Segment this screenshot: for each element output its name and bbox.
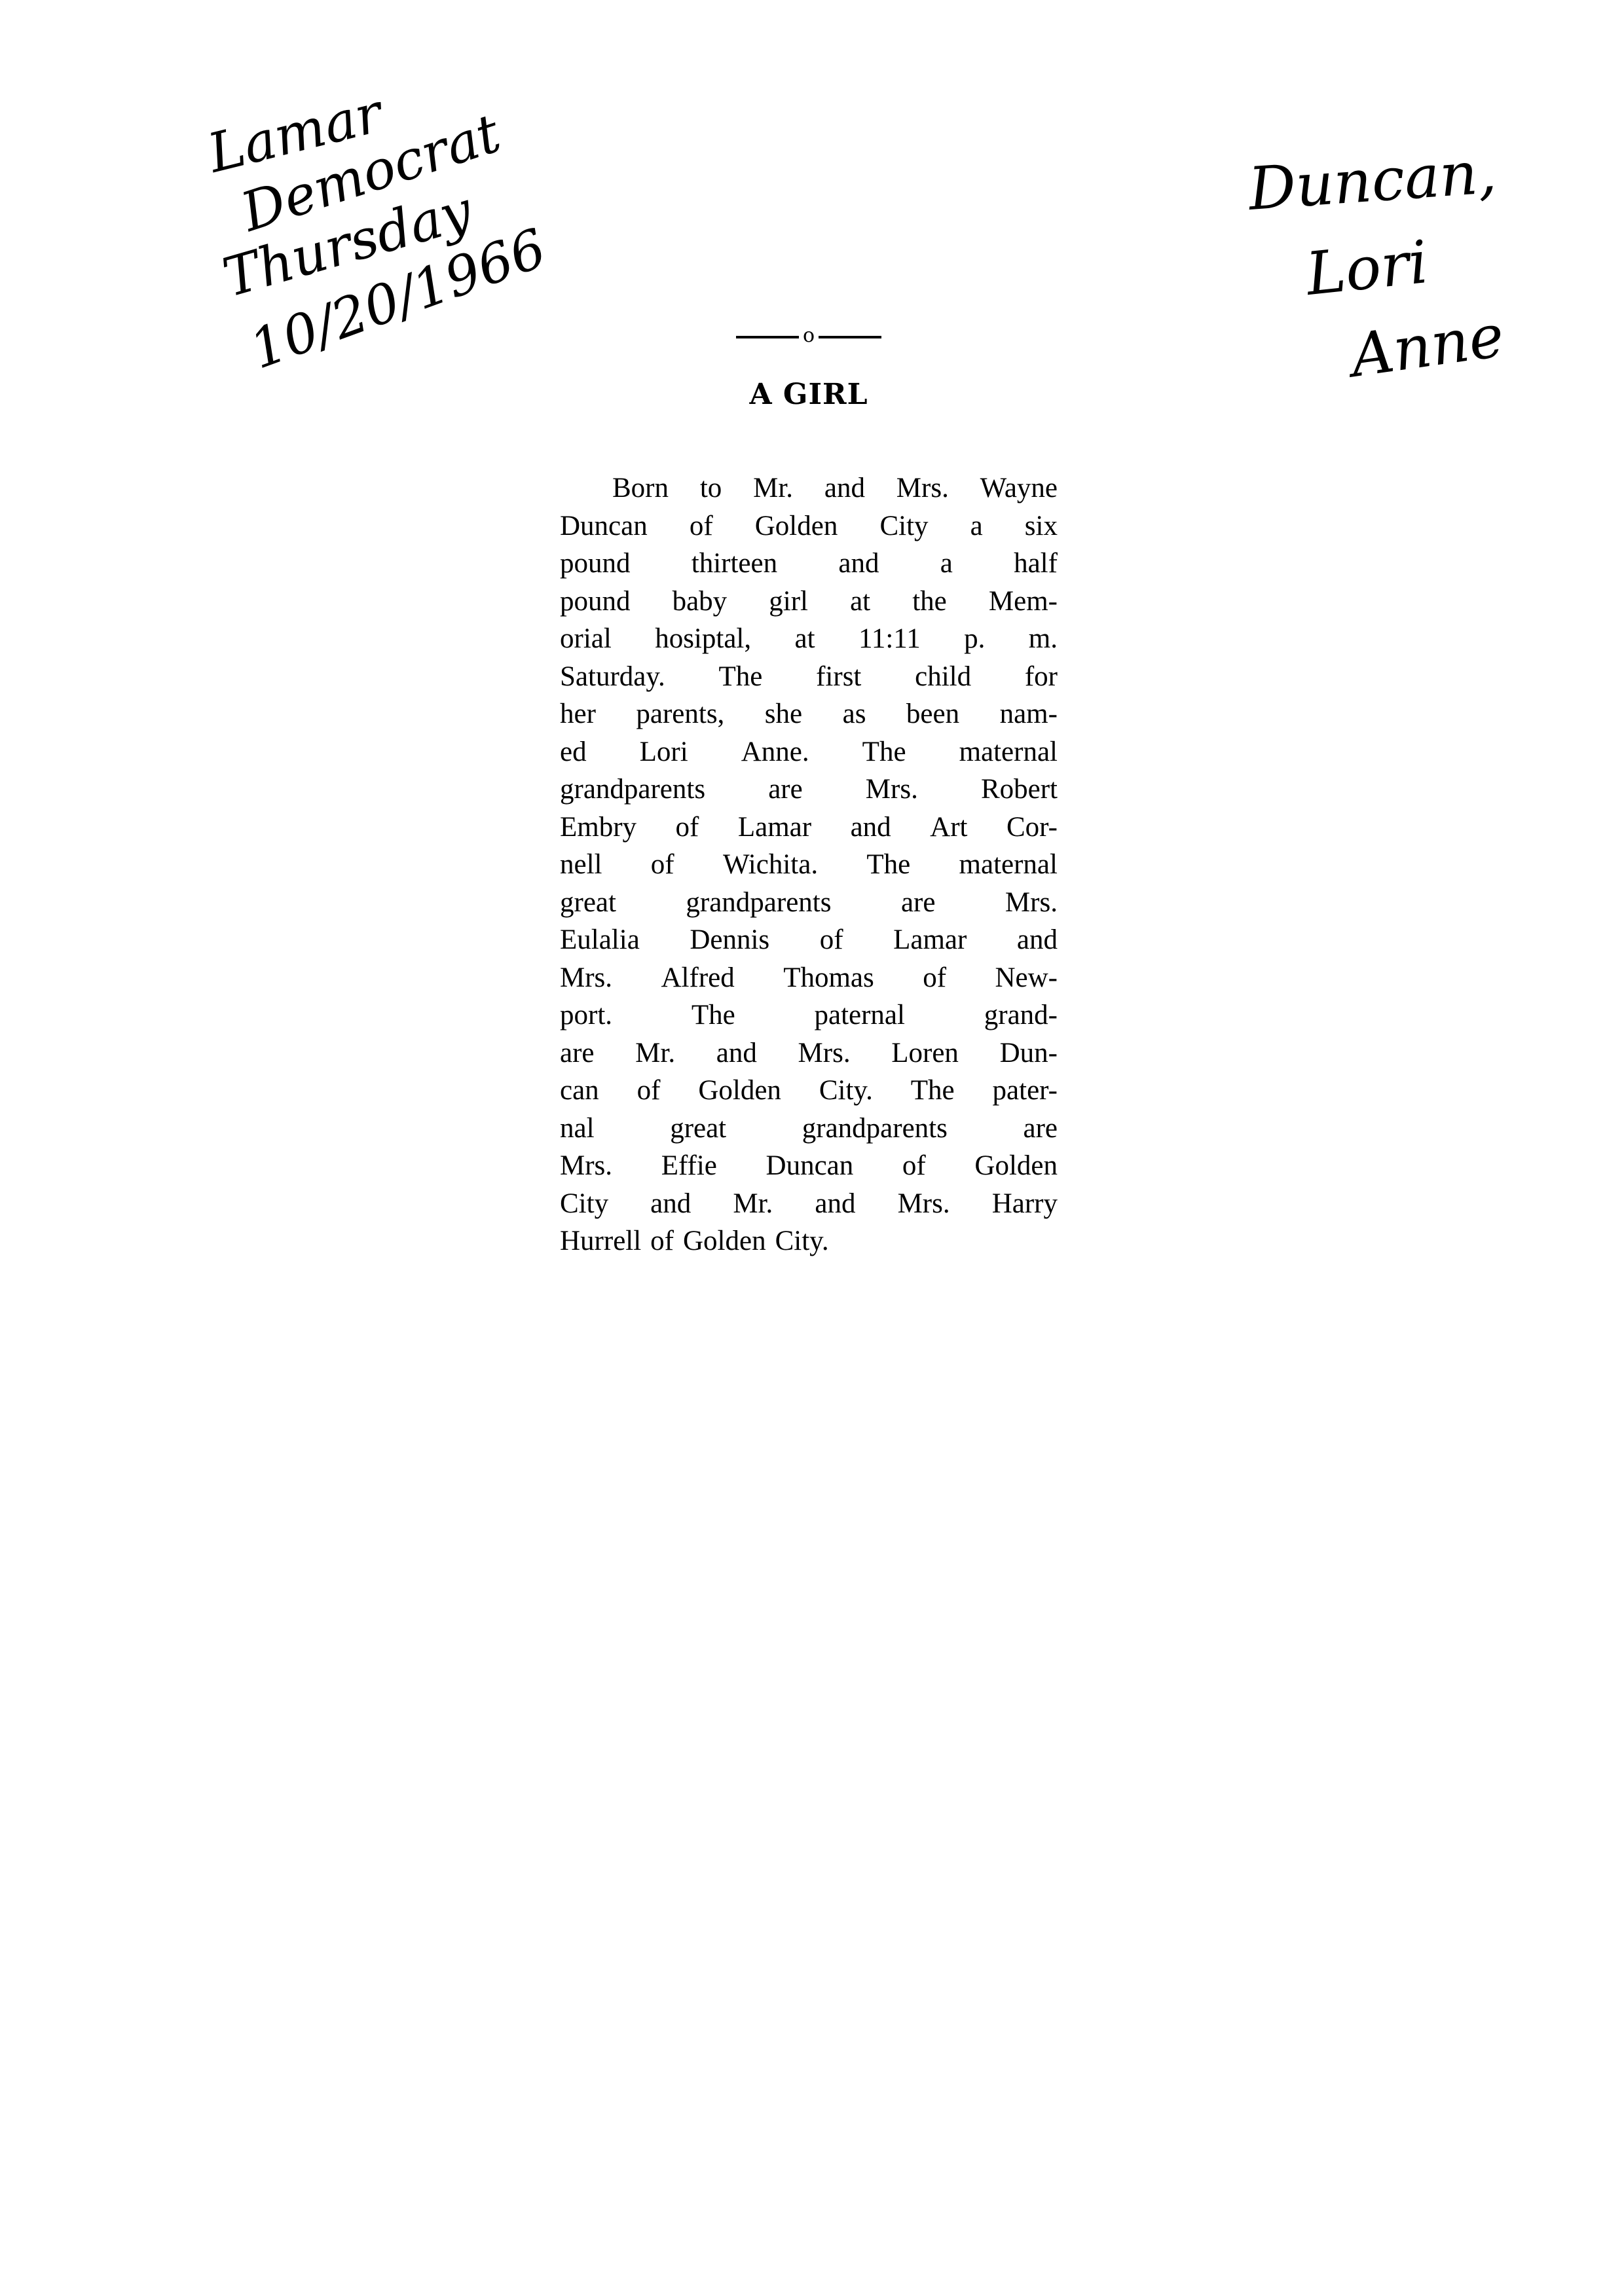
section-divider: o: [560, 324, 1058, 350]
article-line: greatgrandparentsareMrs.: [560, 884, 1058, 922]
newspaper-clipping: o A GIRL BorntoMr.andMrs.WayneDuncanofGo…: [560, 324, 1058, 1260]
divider-rule-left: [736, 336, 799, 338]
handwritten-subject-name: Duncan, Lori Anne: [1238, 141, 1539, 416]
article-line: poundthirteenandahalf: [560, 545, 1058, 583]
handwritten-first-name: Lori: [1304, 233, 1431, 304]
article-line: DuncanofGoldenCityasix: [560, 507, 1058, 545]
article-line: EulaliaDennisofLamarand: [560, 921, 1058, 959]
handwritten-middle-name: Anne: [1347, 306, 1507, 386]
article-line: CityandMr.andMrs.Harry: [560, 1185, 1058, 1223]
handwritten-source-note: Lamar Democrat Thursday 10/20/1966: [190, 115, 557, 409]
article-line: nalgreatgrandparentsare: [560, 1110, 1058, 1148]
article-line: EmbryofLamarandArtCor-: [560, 809, 1058, 847]
article-line: poundbabygirlattheMem-: [560, 583, 1058, 621]
article-line: canofGoldenCity.Thepater-: [560, 1072, 1058, 1110]
article-line: herparents,sheasbeennam-: [560, 695, 1058, 733]
divider-ornament: o: [803, 326, 815, 346]
article-body: BorntoMr.andMrs.WayneDuncanofGoldenCitya…: [560, 469, 1058, 1260]
article-line: grandparentsareMrs.Robert: [560, 771, 1058, 809]
article-line: Saturday.Thefirstchildfor: [560, 658, 1058, 696]
article-line: nellofWichita.Thematernal: [560, 846, 1058, 884]
article-line: BorntoMr.andMrs.Wayne: [560, 469, 1058, 507]
article-line: Mrs.AlfredThomasofNew-: [560, 959, 1058, 997]
article-line: port.Thepaternalgrand-: [560, 996, 1058, 1034]
divider-rule-right: [819, 336, 881, 338]
article-line: orialhosiptal,at11:11p.m.: [560, 620, 1058, 658]
article-line: Mrs.EffieDuncanofGolden: [560, 1147, 1058, 1185]
article-line: edLoriAnne.Thematernal: [560, 733, 1058, 771]
handwritten-surname: Duncan,: [1247, 143, 1498, 219]
article-line: areMr.andMrs.LorenDun-: [560, 1034, 1058, 1072]
article-line: HurrellofGoldenCity.: [560, 1222, 1058, 1260]
article-headline: A GIRL: [560, 378, 1058, 417]
